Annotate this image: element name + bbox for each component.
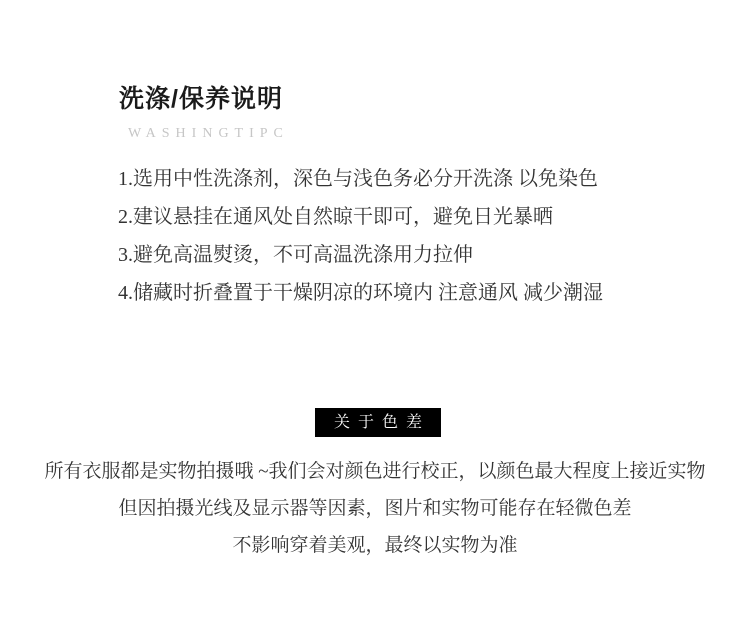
care-instruction-item-4: 4.储藏时折叠置于干燥阴凉的环境内 注意通风 减少潮湿	[118, 274, 603, 312]
product-care-detail-page: 洗涤/保养说明 WASHINGTIPC 1.选用中性洗涤剂，深色与浅色务必分开洗…	[0, 0, 750, 640]
color-note-line-1: 所有衣服都是实物拍摄哦 ~我们会对颜色进行校正，以颜色最大程度上接近实物	[0, 453, 750, 490]
care-instructions-list: 1.选用中性洗涤剂，深色与浅色务必分开洗涤 以免染色 2.建议悬挂在通风处自然晾…	[118, 160, 603, 312]
care-instruction-item-2: 2.建议悬挂在通风处自然晾干即可，避免日光暴晒	[118, 198, 603, 236]
care-instruction-item-3: 3.避免高温熨烫，不可高温洗涤用力拉伸	[118, 236, 603, 274]
washing-care-title: 洗涤/保养说明	[119, 84, 283, 114]
washing-care-subtitle: WASHINGTIPC	[128, 126, 289, 142]
color-difference-badge: 关于色差	[315, 408, 441, 437]
color-difference-notes: 所有衣服都是实物拍摄哦 ~我们会对颜色进行校正，以颜色最大程度上接近实物 但因拍…	[0, 453, 750, 564]
care-instruction-item-1: 1.选用中性洗涤剂，深色与浅色务必分开洗涤 以免染色	[118, 160, 603, 198]
color-note-line-3: 不影响穿着美观，最终以实物为准	[0, 527, 750, 564]
color-note-line-2: 但因拍摄光线及显示器等因素，图片和实物可能存在轻微色差	[0, 490, 750, 527]
